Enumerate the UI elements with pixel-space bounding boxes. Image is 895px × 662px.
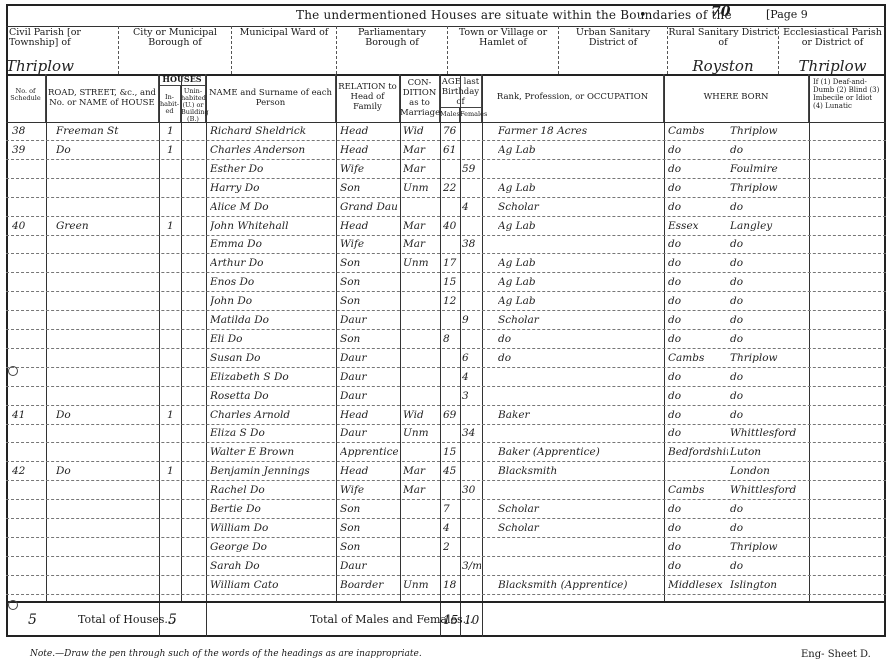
born-place: do bbox=[730, 368, 808, 387]
road-name bbox=[56, 368, 156, 387]
uninhabited-count bbox=[184, 122, 204, 141]
schedule-number: 39 bbox=[12, 141, 44, 160]
schedule-number bbox=[12, 500, 44, 519]
inhabited-count: 1 bbox=[167, 122, 179, 141]
relation: Son bbox=[340, 519, 398, 538]
male-age: 4 bbox=[443, 519, 459, 538]
person-name: Eliza S Do bbox=[210, 424, 334, 443]
occupation bbox=[498, 481, 662, 500]
relation: Apprentice bbox=[340, 443, 398, 462]
person-name: Harry Do bbox=[210, 179, 334, 198]
born-place: Thriplow bbox=[730, 349, 808, 368]
occupation: Scholar bbox=[498, 311, 662, 330]
schedule-number: 38 bbox=[12, 122, 44, 141]
inhabited-count: 1 bbox=[167, 406, 179, 425]
occupation: do bbox=[498, 330, 662, 349]
born-county: do bbox=[668, 292, 728, 311]
road-name bbox=[56, 424, 156, 443]
schedule-number bbox=[12, 519, 44, 538]
condition bbox=[403, 330, 438, 349]
uninhabited-count bbox=[184, 198, 204, 217]
uninhabited-count bbox=[184, 424, 204, 443]
district-header: Civil Parish [or Township] of Thriplow C… bbox=[6, 26, 886, 76]
female-age bbox=[462, 141, 481, 160]
born-place: Foulmire bbox=[730, 160, 808, 179]
person-name: Esther Do bbox=[210, 160, 334, 179]
table-row: William Do Son 4 Scholar do do bbox=[6, 519, 886, 538]
born-place: do bbox=[730, 292, 808, 311]
uninhabited-count bbox=[184, 387, 204, 406]
male-age: 22 bbox=[443, 179, 459, 198]
schedule-number bbox=[12, 424, 44, 443]
district-label: Town or Village or Hamlet of bbox=[448, 28, 558, 48]
road-name bbox=[56, 519, 156, 538]
binding-hole bbox=[8, 366, 18, 376]
male-age bbox=[443, 557, 459, 576]
person-name: Walter E Brown bbox=[210, 443, 334, 462]
male-age bbox=[443, 481, 459, 500]
schedule-number bbox=[12, 254, 44, 273]
male-age: 15 bbox=[443, 273, 459, 292]
born-county: do bbox=[668, 519, 728, 538]
occupation: Blacksmith (Apprentice) bbox=[498, 576, 662, 595]
road-name bbox=[56, 557, 156, 576]
relation: Wife bbox=[340, 481, 398, 500]
table-row: Rachel Do Wife Mar 30 Cambs Whittlesford bbox=[6, 481, 886, 500]
occupation: do bbox=[498, 349, 662, 368]
inhabited-count: 1 bbox=[167, 141, 179, 160]
inhabited-count bbox=[167, 557, 179, 576]
female-age bbox=[462, 443, 481, 462]
relation: Son bbox=[340, 292, 398, 311]
district-rural-sanitary: Rural Sanitary District of Royston bbox=[668, 26, 779, 74]
female-age bbox=[462, 462, 481, 481]
condition: Mar bbox=[403, 235, 438, 254]
inhabited-count bbox=[167, 387, 179, 406]
uninhabited-count bbox=[184, 538, 204, 557]
census-sheet: The undermentioned Houses are situate wi… bbox=[6, 4, 888, 644]
district-value: Thriplow bbox=[779, 61, 886, 71]
col-relation: RELATION to Head of Family bbox=[336, 74, 400, 122]
relation: Daur bbox=[340, 424, 398, 443]
table-row: Eli Do Son 8 do do do bbox=[6, 330, 886, 349]
born-county: do bbox=[668, 254, 728, 273]
condition: Wid bbox=[403, 406, 438, 425]
table-row: William Cato Boarder Unm 18 Blacksmith (… bbox=[6, 576, 886, 595]
born-county: do bbox=[668, 557, 728, 576]
condition bbox=[403, 387, 438, 406]
person-name: Charles Anderson bbox=[210, 141, 334, 160]
occupation: Baker bbox=[498, 406, 662, 425]
person-name: John Whitehall bbox=[210, 217, 334, 236]
person-name: Elizabeth S Do bbox=[210, 368, 334, 387]
born-place: do bbox=[730, 254, 808, 273]
total-schedules: 5 bbox=[28, 603, 37, 637]
female-age bbox=[462, 406, 481, 425]
schedule-number bbox=[12, 576, 44, 595]
table-row: 38 Freeman St 1 Richard Sheldrick Head W… bbox=[6, 122, 886, 141]
inhabited-count bbox=[167, 292, 179, 311]
female-age: 59 bbox=[462, 160, 481, 179]
schedule-number bbox=[12, 557, 44, 576]
male-age: 45 bbox=[443, 462, 459, 481]
inhabited-count bbox=[167, 349, 179, 368]
binding-hole bbox=[8, 600, 18, 610]
col-infirmity: If (1) Deaf-and-Dumb (2) Blind (3) Imbec… bbox=[809, 74, 886, 122]
road-name bbox=[56, 443, 156, 462]
female-age bbox=[462, 292, 481, 311]
occupation bbox=[498, 538, 662, 557]
relation: Son bbox=[340, 273, 398, 292]
born-place: do bbox=[730, 519, 808, 538]
relation: Son bbox=[340, 254, 398, 273]
schedule-number bbox=[12, 292, 44, 311]
col-age: AGE last Birthday of bbox=[440, 74, 482, 108]
folio-number: 70 bbox=[711, 4, 730, 20]
schedule-number bbox=[12, 538, 44, 557]
table-row: Matilda Do Daur 9 Scholar do do bbox=[6, 311, 886, 330]
uninhabited-count bbox=[184, 254, 204, 273]
road-name: Do bbox=[56, 141, 156, 160]
inhabited-count: 1 bbox=[167, 462, 179, 481]
inhabited-count bbox=[167, 538, 179, 557]
occupation: Scholar bbox=[498, 198, 662, 217]
inhabited-count bbox=[167, 519, 179, 538]
person-name: Alice M Do bbox=[210, 198, 334, 217]
col-occupation: Rank, Profession, or OCCUPATION bbox=[482, 74, 664, 122]
col-schedule: No. of Schedule bbox=[6, 74, 46, 122]
born-county: do bbox=[668, 273, 728, 292]
totals-row: 5 Total of Houses... 5 Total of Males an… bbox=[6, 601, 886, 639]
condition: Unm bbox=[403, 179, 438, 198]
schedule-number: 42 bbox=[12, 462, 44, 481]
district-town-village: Town or Village or Hamlet of bbox=[448, 26, 559, 74]
district-parliamentary-borough: Parliamentary Borough of bbox=[337, 26, 448, 74]
relation: Daur bbox=[340, 557, 398, 576]
table-row: Rosetta Do Daur 3 do do bbox=[6, 387, 886, 406]
row-rule bbox=[6, 594, 886, 595]
district-label: Rural Sanitary District of bbox=[668, 28, 778, 48]
female-age bbox=[462, 122, 481, 141]
uninhabited-count bbox=[184, 217, 204, 236]
table-row: Elizabeth S Do Daur 4 do do bbox=[6, 368, 886, 387]
condition bbox=[403, 368, 438, 387]
table-row: Eliza S Do Daur Unm 34 do Whittlesford bbox=[6, 424, 886, 443]
born-county: do bbox=[668, 198, 728, 217]
inhabited-count bbox=[167, 576, 179, 595]
male-age: 17 bbox=[443, 254, 459, 273]
inhabited-count bbox=[167, 368, 179, 387]
born-county: do bbox=[668, 538, 728, 557]
uninhabited-count bbox=[184, 273, 204, 292]
schedule-number bbox=[12, 198, 44, 217]
uninhabited-count bbox=[184, 349, 204, 368]
table-row: George Do Son 2 do Thriplow bbox=[6, 538, 886, 557]
female-age: 30 bbox=[462, 481, 481, 500]
born-county: do bbox=[668, 406, 728, 425]
male-age: 40 bbox=[443, 217, 459, 236]
uninhabited-count bbox=[184, 500, 204, 519]
female-age bbox=[462, 217, 481, 236]
born-county: Essex bbox=[668, 217, 728, 236]
person-name: Arthur Do bbox=[210, 254, 334, 273]
table-row: 41 Do 1 Charles Arnold Head Wid 69 Baker… bbox=[6, 406, 886, 425]
uninhabited-count bbox=[184, 330, 204, 349]
male-age bbox=[443, 311, 459, 330]
uninhabited-count bbox=[184, 462, 204, 481]
road-name bbox=[56, 254, 156, 273]
relation: Boarder bbox=[340, 576, 398, 595]
born-place: Thriplow bbox=[730, 122, 808, 141]
inhabited-count bbox=[167, 443, 179, 462]
inhabited-count bbox=[167, 311, 179, 330]
schedule-number bbox=[12, 387, 44, 406]
person-name: George Do bbox=[210, 538, 334, 557]
female-age bbox=[462, 273, 481, 292]
born-county: do bbox=[668, 235, 728, 254]
uninhabited-count bbox=[184, 519, 204, 538]
inhabited-count bbox=[167, 481, 179, 500]
uninhabited-count bbox=[184, 443, 204, 462]
born-county: Cambs bbox=[668, 349, 728, 368]
table-row: Alice M Do Grand Daur 4 Scholar do do bbox=[6, 198, 886, 217]
person-name: Benjamin Jennings bbox=[210, 462, 334, 481]
male-age: 61 bbox=[443, 141, 459, 160]
male-age bbox=[443, 198, 459, 217]
inhabited-count bbox=[167, 198, 179, 217]
road-name bbox=[56, 500, 156, 519]
female-age: 4 bbox=[462, 368, 481, 387]
condition: Unm bbox=[403, 424, 438, 443]
female-age bbox=[462, 500, 481, 519]
condition bbox=[403, 557, 438, 576]
born-county: do bbox=[668, 368, 728, 387]
condition bbox=[403, 292, 438, 311]
col-females: Females bbox=[460, 108, 482, 122]
relation: Daur bbox=[340, 349, 398, 368]
relation: Head bbox=[340, 406, 398, 425]
inhabited-count bbox=[167, 330, 179, 349]
condition: Mar bbox=[403, 160, 438, 179]
person-name: John Do bbox=[210, 292, 334, 311]
condition: Mar bbox=[403, 481, 438, 500]
sheet-title: The undermentioned Houses are situate wi… bbox=[296, 8, 732, 22]
person-name: Rachel Do bbox=[210, 481, 334, 500]
born-county: Middlesex bbox=[668, 576, 728, 595]
male-age: 2 bbox=[443, 538, 459, 557]
relation: Head bbox=[340, 141, 398, 160]
table-row: 40 Green 1 John Whitehall Head Mar 40 Ag… bbox=[6, 217, 886, 236]
total-houses-label: Total of Houses... bbox=[78, 603, 175, 637]
relation: Wife bbox=[340, 235, 398, 254]
schedule-number bbox=[12, 160, 44, 179]
born-place: Whittlesford bbox=[730, 481, 808, 500]
condition bbox=[403, 538, 438, 557]
born-place: do bbox=[730, 235, 808, 254]
table-row: Walter E Brown Apprentice 15 Baker (Appr… bbox=[6, 443, 886, 462]
male-age bbox=[443, 424, 459, 443]
occupation: Baker (Apprentice) bbox=[498, 443, 662, 462]
inhabited-count bbox=[167, 160, 179, 179]
total-females: 10 bbox=[464, 603, 479, 637]
table-row: John Do Son 12 Ag Lab do do bbox=[6, 292, 886, 311]
male-age: 76 bbox=[443, 122, 459, 141]
heading-note: Note.—Draw the pen through such of the w… bbox=[30, 649, 422, 659]
condition: Unm bbox=[403, 576, 438, 595]
condition bbox=[403, 500, 438, 519]
born-place: Thriplow bbox=[730, 538, 808, 557]
road-name bbox=[56, 349, 156, 368]
occupation bbox=[498, 557, 662, 576]
person-name: William Do bbox=[210, 519, 334, 538]
schedule-number: 41 bbox=[12, 406, 44, 425]
district-label: Parliamentary Borough of bbox=[337, 28, 447, 48]
male-age bbox=[443, 160, 459, 179]
occupation: Ag Lab bbox=[498, 292, 662, 311]
occupation bbox=[498, 235, 662, 254]
road-name bbox=[56, 273, 156, 292]
person-name: William Cato bbox=[210, 576, 334, 595]
uninhabited-count bbox=[184, 557, 204, 576]
occupation: Ag Lab bbox=[498, 273, 662, 292]
occupation bbox=[498, 368, 662, 387]
relation: Son bbox=[340, 179, 398, 198]
male-age bbox=[443, 235, 459, 254]
born-place: do bbox=[730, 500, 808, 519]
female-age bbox=[462, 330, 481, 349]
male-age: 69 bbox=[443, 406, 459, 425]
table-row: Susan Do Daur 6 do Cambs Thriplow bbox=[6, 349, 886, 368]
col-condition: CON-DITION as to Marriage bbox=[400, 74, 440, 122]
female-age bbox=[462, 538, 481, 557]
male-age bbox=[443, 368, 459, 387]
condition bbox=[403, 349, 438, 368]
inhabited-count bbox=[167, 500, 179, 519]
born-county: do bbox=[668, 424, 728, 443]
occupation: Farmer 18 Acres bbox=[498, 122, 662, 141]
condition: Mar bbox=[403, 462, 438, 481]
inhabited-count bbox=[167, 273, 179, 292]
table-row: 39 Do 1 Charles Anderson Head Mar 61 Ag … bbox=[6, 141, 886, 160]
male-age: 7 bbox=[443, 500, 459, 519]
uninhabited-count bbox=[184, 141, 204, 160]
relation: Son bbox=[340, 500, 398, 519]
uninhabited-count bbox=[184, 179, 204, 198]
col-where-born: WHERE BORN bbox=[664, 74, 809, 122]
road-name bbox=[56, 160, 156, 179]
table-row: Bertie Do Son 7 Scholar do do bbox=[6, 500, 886, 519]
schedule-number bbox=[12, 443, 44, 462]
born-place: do bbox=[730, 198, 808, 217]
person-name: Susan Do bbox=[210, 349, 334, 368]
male-age: 18 bbox=[443, 576, 459, 595]
occupation: Ag Lab bbox=[498, 254, 662, 273]
col-inhabited: In-habit-ed bbox=[159, 86, 181, 122]
district-civil-parish: Civil Parish [or Township] of Thriplow bbox=[6, 26, 119, 74]
district-label: Ecclesiastical Parish or District of bbox=[779, 28, 886, 48]
female-age: 9 bbox=[462, 311, 481, 330]
schedule-number: 40 bbox=[12, 217, 44, 236]
schedule-number bbox=[12, 273, 44, 292]
col-road: ROAD, STREET, &c., and No. or NAME of HO… bbox=[46, 74, 159, 122]
inhabited-count: 1 bbox=[167, 217, 179, 236]
born-place: London bbox=[730, 462, 808, 481]
col-uninhabited: Unin-habited (U.) or Building (B.) bbox=[181, 86, 206, 122]
condition: Wid bbox=[403, 122, 438, 141]
column-header: No. of Schedule ROAD, STREET, &c., and N… bbox=[6, 74, 886, 123]
male-age: 8 bbox=[443, 330, 459, 349]
road-name bbox=[56, 330, 156, 349]
person-name: Matilda Do bbox=[210, 311, 334, 330]
road-name: Green bbox=[56, 217, 156, 236]
born-county: Bedfordshire bbox=[668, 443, 728, 462]
condition bbox=[403, 519, 438, 538]
relation: Head bbox=[340, 122, 398, 141]
condition bbox=[403, 273, 438, 292]
col-males: Males bbox=[440, 108, 460, 122]
inhabited-count bbox=[167, 235, 179, 254]
relation: Daur bbox=[340, 311, 398, 330]
born-place: do bbox=[730, 311, 808, 330]
relation: Son bbox=[340, 538, 398, 557]
road-name: Freeman St bbox=[56, 122, 156, 141]
inhabited-count bbox=[167, 254, 179, 273]
district-municipal-borough: City or Municipal Borough of bbox=[119, 26, 232, 74]
born-place: Langley bbox=[730, 217, 808, 236]
relation: Grand Daur bbox=[340, 198, 398, 217]
road-name bbox=[56, 179, 156, 198]
born-county: do bbox=[668, 330, 728, 349]
district-label: Urban Sanitary District of bbox=[559, 28, 667, 48]
uninhabited-count bbox=[184, 576, 204, 595]
road-name bbox=[56, 292, 156, 311]
schedule-number bbox=[12, 179, 44, 198]
col-houses: HOUSES bbox=[159, 74, 206, 86]
person-name: Richard Sheldrick bbox=[210, 122, 334, 141]
born-place: do bbox=[730, 141, 808, 160]
occupation: Ag Lab bbox=[498, 179, 662, 198]
table-row: Harry Do Son Unm 22 Ag Lab do Thriplow bbox=[6, 179, 886, 198]
sheet-label: Eng- Sheet D. bbox=[801, 649, 871, 660]
born-county bbox=[668, 462, 728, 481]
road-name bbox=[56, 387, 156, 406]
page-number: [Page 9 bbox=[766, 8, 808, 21]
born-county: do bbox=[668, 141, 728, 160]
female-age: 38 bbox=[462, 235, 481, 254]
female-age: 3 bbox=[462, 387, 481, 406]
inhabited-count bbox=[167, 179, 179, 198]
male-age: 12 bbox=[443, 292, 459, 311]
inhabited-count bbox=[167, 424, 179, 443]
occupation bbox=[498, 424, 662, 443]
road-name bbox=[56, 576, 156, 595]
uninhabited-count bbox=[184, 481, 204, 500]
uninhabited-count bbox=[184, 160, 204, 179]
relation: Daur bbox=[340, 368, 398, 387]
condition: Mar bbox=[403, 217, 438, 236]
district-label: Civil Parish [or Township] of bbox=[9, 28, 118, 48]
born-county: do bbox=[668, 179, 728, 198]
female-age bbox=[462, 254, 481, 273]
occupation: Scholar bbox=[498, 519, 662, 538]
table-row: Arthur Do Son Unm 17 Ag Lab do do bbox=[6, 254, 886, 273]
condition bbox=[403, 311, 438, 330]
road-name bbox=[56, 481, 156, 500]
road-name bbox=[56, 311, 156, 330]
table-row: Sarah Do Daur 3/m do do bbox=[6, 557, 886, 576]
total-houses-value: 5 bbox=[168, 603, 177, 637]
road-name bbox=[56, 198, 156, 217]
